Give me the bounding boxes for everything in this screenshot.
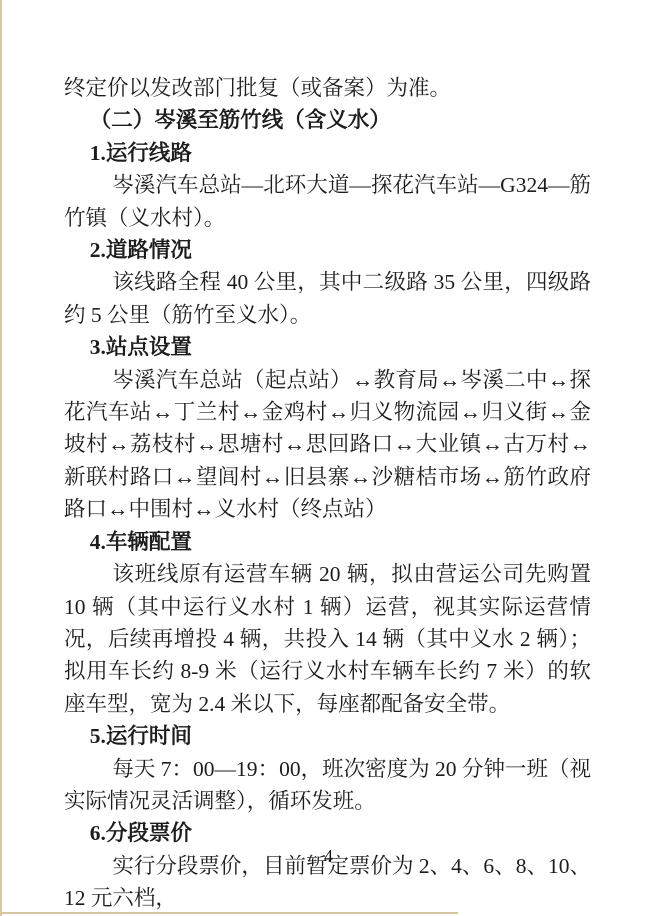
paragraph-schedule: 每天 7：00—19：00，班次密度为 20 分钟一班（视实际情况灵活调整），循… [64,753,591,818]
subheading-road-condition: 2.道路情况 [64,234,591,266]
scan-edge-left [0,0,2,916]
document-body: 终定价以发改部门批复（或备案）为准。 （二）岑溪至筋竹线（含义水） 1.运行线路… [64,72,591,915]
paragraph-vehicles: 该班线原有运营车辆 20 辆，拟由营运公司先购置 10 辆（其中运行义水村 1 … [64,558,591,720]
paragraph-stops: 岑溪汽车总站（起点站）↔教育局↔岑溪二中↔探花汽车站↔丁兰村↔金鸡村↔归义物流园… [64,364,591,526]
paragraph-price-approval: 终定价以发改部门批复（或备案）为准。 [64,72,591,104]
subheading-stops: 3.站点设置 [64,331,591,363]
subheading-vehicles: 4.车辆配置 [64,526,591,558]
page-number: 4 [0,845,657,867]
subheading-schedule: 5.运行时间 [64,720,591,752]
paragraph-road-condition: 该线路全程 40 公里，其中二级路 35 公里，四级路约 5 公里（筋竹至义水）… [64,266,591,331]
section-heading-line2: （二）岑溪至筋竹线（含义水） [64,104,591,136]
paragraph-route: 岑溪汽车总站—北环大道—探花汽车站—G324—筋竹镇（义水村）。 [64,169,591,234]
document-page: 终定价以发改部门批复（或备案）为准。 （二）岑溪至筋竹线（含义水） 1.运行线路… [0,0,657,916]
subheading-route: 1.运行线路 [64,137,591,169]
